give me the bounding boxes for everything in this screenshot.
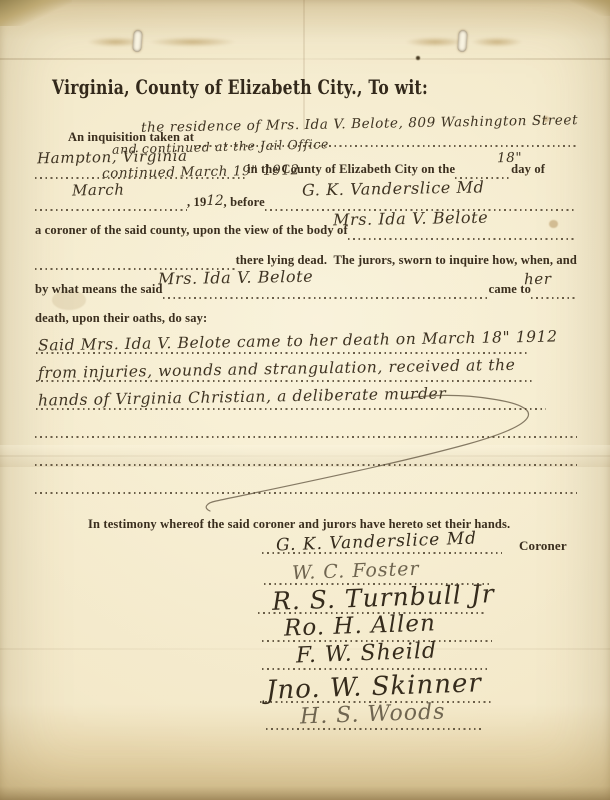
rust-stain [472,37,522,47]
document-scan: Virginia, County of Elizabeth City., To … [0,0,610,800]
printed-coroner-line: a coroner of the said county, upon the v… [35,223,348,238]
fold-crease [0,58,610,60]
fastener-hole-right [457,30,468,53]
signature-rule [266,728,481,730]
handwritten-coroner-name: G. K. Vanderslice Md [302,177,485,199]
dotted-rule [35,436,577,438]
dotted-leader [531,297,577,299]
paper-bottom-edge [0,786,610,800]
rust-stain [150,37,235,47]
form-line-body-of: a coroner of the said county, upon the v… [35,223,577,243]
handwritten-deceased-name: Mrs. Ida V. Belote [333,208,489,230]
signature-name-juror-6: H. S. Woods [300,699,446,729]
signature-name-juror-3: Ro. H. Allen [284,610,437,641]
dotted-rule [36,408,546,410]
printed-year-prefix: , 19 [187,195,206,210]
handwritten-day: 18" [497,150,522,166]
document-title: Virginia, County of Elizabeth City., To … [52,76,428,99]
paper-corner-fold [0,0,72,26]
handwritten-said-name: Mrs. Ida V. Belote [158,267,314,289]
handwritten-month: March [72,181,125,200]
signature-name-juror-4: F. W. Sheild [296,639,438,669]
coroner-label: Coroner [519,538,567,554]
handwritten-her: her [524,270,552,288]
dotted-leader [35,209,187,211]
printed-lying-dead: there lying dead. The jurors, sworn to i… [236,253,577,268]
rust-stain [406,37,464,47]
paper-stain [416,56,420,60]
signature-name-juror-1: W. C. Foster [292,558,420,584]
printed-before: , before [224,195,265,210]
paper-corner-shade [570,0,610,16]
dotted-rule [35,464,577,466]
fastener-hole-left [132,30,143,53]
dotted-rule [35,492,577,494]
handwritten-year-digits: 12 [206,193,223,209]
printed-by-what: by what means the said [35,282,163,297]
fold-crease [303,0,305,130]
dotted-leader [348,238,577,240]
dotted-leader [163,297,489,299]
printed-oaths: death, upon their oaths, do say: [35,311,207,326]
